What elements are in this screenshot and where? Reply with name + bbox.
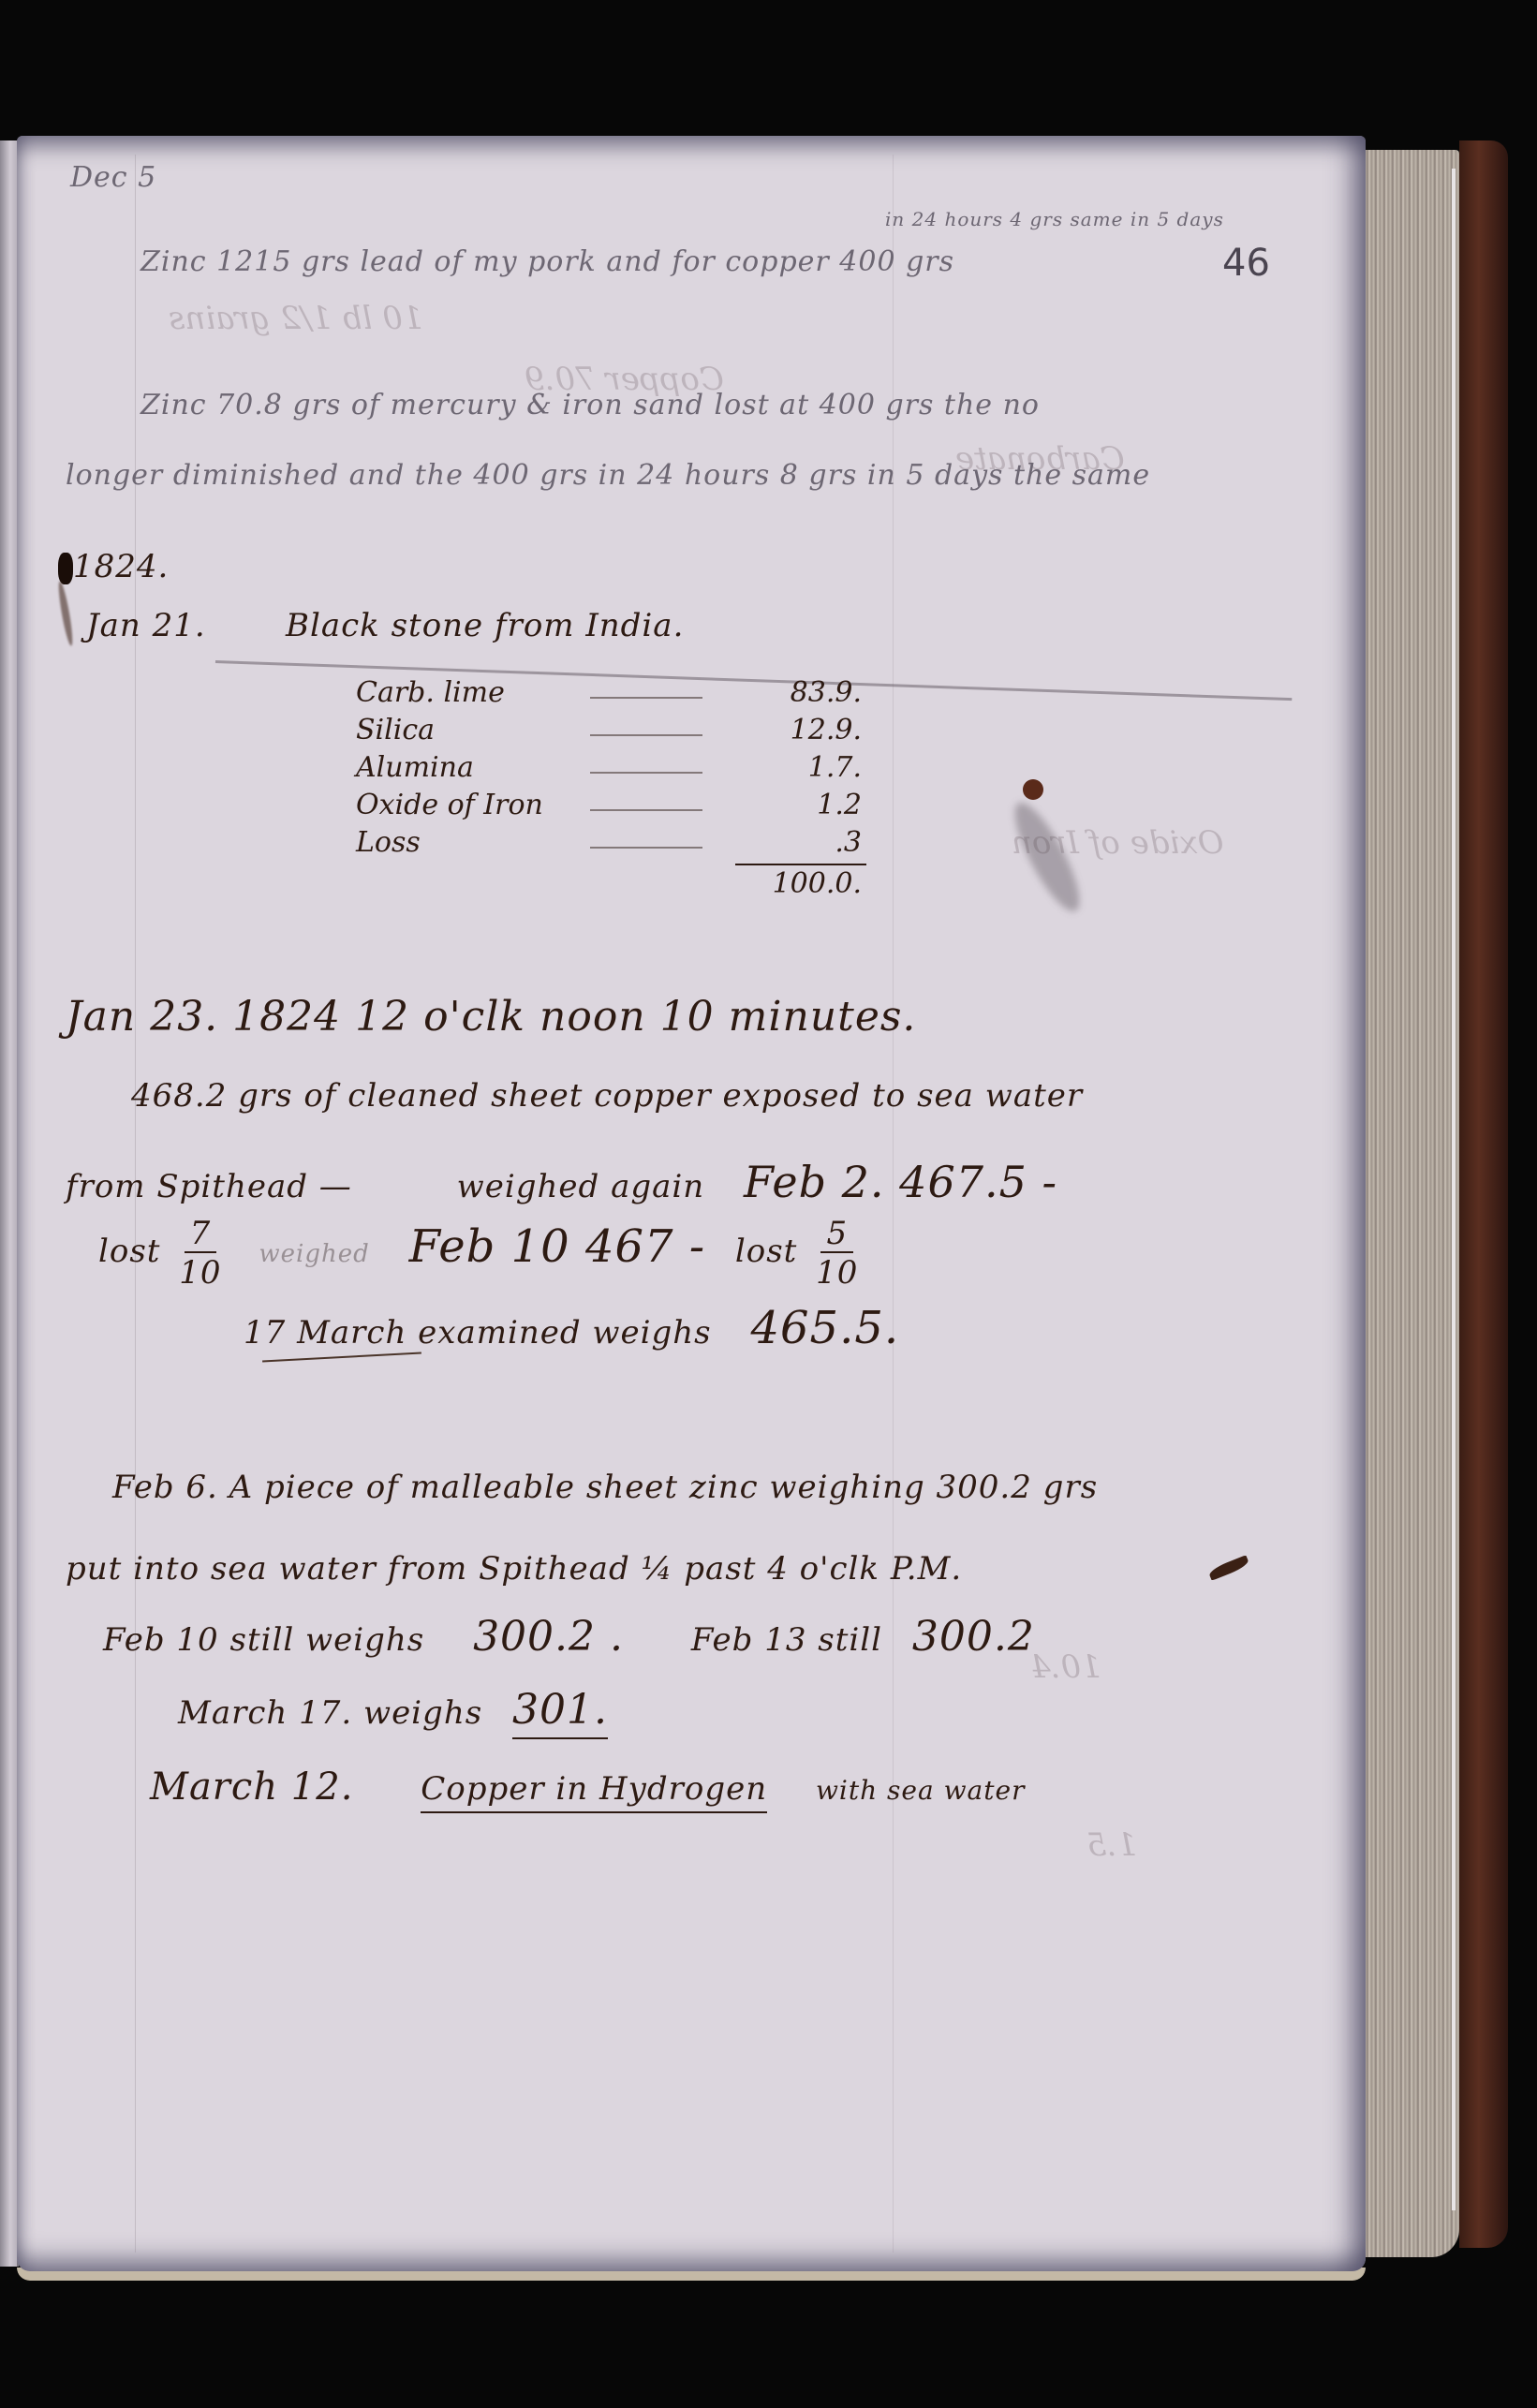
entry-line: from Spithead — weighed again Feb 2. 467…: [66, 1157, 1057, 1207]
pencil-line: longer diminished and the 400 grs in 24 …: [66, 459, 1150, 492]
show-through-text: 10 lb 1/2 grains: [169, 300, 423, 337]
entry-text: Copper in Hydrogen: [421, 1770, 767, 1813]
total-value: 100.0.: [773, 867, 862, 900]
entry-measurement: 300.2: [912, 1613, 1035, 1661]
ink-spot: [1023, 779, 1043, 800]
entry-text: March 17. weighs: [178, 1694, 482, 1732]
entry-line: March 12. Copper in Hydrogen with sea wa…: [150, 1765, 1025, 1809]
fraction: 7 10: [179, 1218, 221, 1289]
entry-date: March 12.: [150, 1765, 353, 1809]
total-rule: [735, 864, 866, 865]
component-name: Silica: [356, 714, 435, 746]
component-name: Loss: [356, 826, 421, 859]
entry-text: Feb 10 still weighs: [103, 1621, 424, 1659]
show-through-text: 10.4: [1030, 1648, 1101, 1686]
pencil-date: Dec 5: [70, 161, 156, 194]
component-name: Oxide of Iron: [356, 789, 543, 821]
entry-line: Feb 10 still weighs 300.2 . Feb 13 still…: [103, 1613, 1035, 1661]
entry-measurement: Feb 2. 467.5 -: [744, 1157, 1057, 1207]
entry-title: Black stone from India.: [286, 607, 684, 644]
entry-line: 17 March examined weighs 465.5.: [244, 1302, 899, 1354]
entry-measurement: 465.5.: [750, 1302, 899, 1354]
entry-line: 468.2 grs of cleaned sheet copper expose…: [131, 1077, 1083, 1115]
entry-text: from Spithead —: [66, 1168, 352, 1205]
page-block-edge: [1366, 150, 1459, 2257]
component-value: 12.9.: [791, 714, 862, 746]
table-row: Loss .3: [356, 826, 880, 864]
component-value: 1.7.: [808, 751, 862, 784]
facing-page-edge: [0, 140, 19, 2267]
entry-line: March 17. weighs 301.: [178, 1686, 608, 1734]
pencil-line: Zinc 70.8 grs of mercury & iron sand los…: [140, 389, 1040, 421]
book-binding: [1459, 140, 1508, 2248]
entry-text: lost: [735, 1233, 797, 1270]
entry-text: lost: [98, 1233, 160, 1270]
table-row: Alumina 1.7.: [356, 751, 880, 789]
page-number: 46: [1222, 242, 1270, 285]
component-name: Alumina: [356, 751, 474, 784]
entry-date: Jan 21.: [86, 607, 206, 644]
entry-text: with sea water: [816, 1775, 1026, 1806]
entry-heading: Jan 23. 1824 12 o'clk noon 10 minutes.: [66, 993, 916, 1041]
component-value: 1.2: [817, 789, 862, 821]
entry-text: Feb 13 still: [691, 1621, 882, 1659]
entry-measurement: 300.2 .: [473, 1613, 624, 1661]
table-total-row: 100.0.: [356, 867, 880, 905]
entry-measurement: 301.: [512, 1686, 608, 1739]
entry-text: weighed: [259, 1240, 369, 1268]
table-row: Oxide of Iron 1.2: [356, 789, 880, 826]
entry-line: Feb 6. A piece of malleable sheet zinc w…: [112, 1469, 1098, 1506]
table-row: Silica 12.9.: [356, 714, 880, 751]
analysis-table: Carb. lime 83.9. Silica 12.9. Alumina 1.…: [356, 676, 880, 905]
entry-measurement: Feb 10 467 -: [409, 1220, 706, 1273]
entry-line: lost 7 10 weighed Feb 10 467 - lost 5 10: [98, 1218, 865, 1289]
component-name: Carb. lime: [356, 676, 505, 709]
entry-line: put into sea water from Spithead ¼ past …: [66, 1550, 962, 1588]
fraction: 5 10: [816, 1218, 858, 1289]
pencil-margin-note: in 24 hours 4 grs same in 5 days: [885, 208, 1224, 230]
table-row: Carb. lime 83.9.: [356, 676, 880, 714]
ink-blot: [58, 553, 73, 584]
component-value: 83.9.: [791, 676, 862, 709]
component-value: .3: [835, 826, 862, 859]
entry-year: 1824.: [73, 548, 169, 585]
entry-text: weighed again: [457, 1168, 705, 1205]
entry-text: 17 March examined weighs: [244, 1314, 712, 1352]
show-through-text: 1.5: [1086, 1826, 1137, 1864]
pencil-line: Zinc 1215 grs lead of my pork and for co…: [140, 245, 954, 278]
